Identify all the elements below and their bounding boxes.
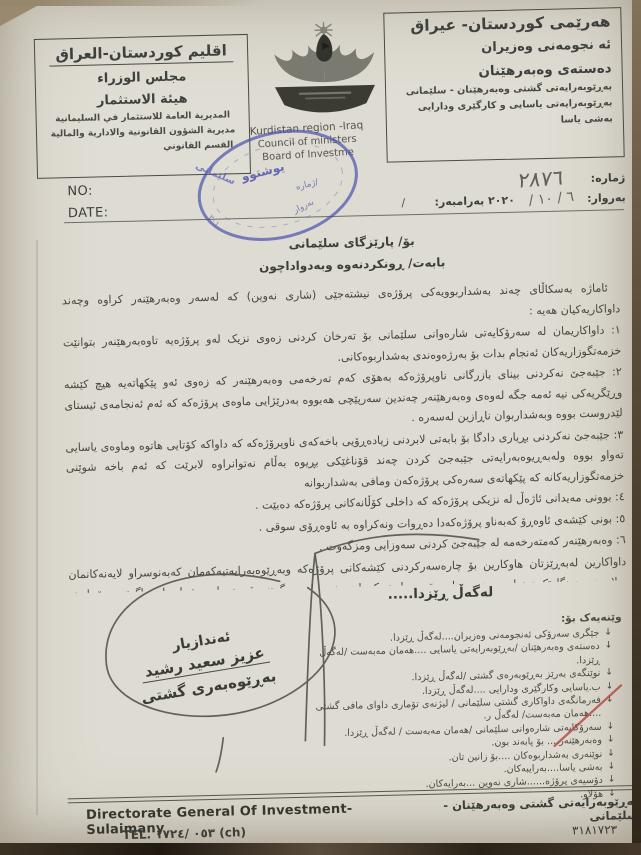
red-check-mark [547, 681, 627, 751]
header-line: هيئة الاستثمار [36, 90, 248, 110]
letter-content: اقليم كوردستان-العراق مجلس الوزراء هيئة … [0, 0, 641, 855]
arrow-bullet-icon: ↓ [608, 787, 616, 801]
handwritten-number: ٢٨٧٦ [517, 165, 565, 192]
tel-suffix: (ch) [219, 825, 246, 840]
header-line: مديرية الشؤون القانونية والادارية والمال… [37, 125, 249, 140]
krg-emblem-icon [263, 19, 385, 126]
arrow-bullet-icon: ↓ [607, 761, 615, 775]
arrow-bullet-icon: ↓ [605, 667, 613, 681]
date-label-ku: بەروار: [587, 191, 626, 205]
arrow-bullet-icon: ↓ [608, 774, 616, 788]
number-label-ku: ژماره: [591, 171, 626, 185]
header-line: بەشی یاسا [387, 113, 613, 129]
header-line: هەرێمی کوردستان- عیراق [384, 12, 610, 35]
date-label: DATE: [68, 205, 109, 221]
header-line: اقليم كوردستان-العراق [49, 41, 233, 66]
photo-of-letter: اقليم كوردستان-العراق مجلس الوزراء هيئة … [0, 0, 641, 855]
header-box-kurdish: هەرێمی کوردستان- عیراق ئە نجومەنی وەزیرا… [383, 7, 624, 163]
header-line: بەڕێوبەرایەتی گشتی وەبەرهێنان - سلێمانی [386, 81, 612, 97]
arrow-bullet-icon: ↓ [604, 627, 612, 641]
body-paragraph: ٢: جێبەجێ نەکردنی بینای بازرگانی ناوپرۆژ… [64, 362, 623, 437]
header-line: مجلس الوزراء [36, 68, 248, 88]
tel-value: ٠٥٣ /١٧٢٤ [155, 826, 215, 841]
no-label: NO: [67, 184, 93, 200]
body-paragraph: ٣: جێبەجێ نەکردنی بڕیاری دادگا بۆ بابەتی… [65, 425, 624, 500]
copy-item-text: هۆلاو. [580, 788, 603, 802]
arrow-bullet-icon: ↓ [605, 640, 613, 654]
signature-scribble [59, 531, 495, 781]
date-slash: / [401, 196, 405, 209]
header-line: بەڕێوبەرایەتی یاسایی و کارگێری ودارایی [386, 97, 612, 113]
header-line: ئە نجومەنی وەزیران [385, 37, 611, 57]
header-line: المديرية العامة للاستثمار في السليمانية [37, 110, 249, 125]
footer-telephone: TEL. ٠٥٣ /١٧٢٤ (ch) [122, 825, 246, 842]
photo-edge-bottom [0, 843, 641, 855]
tel-label: TEL. [122, 827, 151, 842]
footer-number: ٣١٨١٧٢٣ [548, 822, 640, 838]
photo-edge-right [632, 0, 641, 855]
handwritten-date: ٦ / ١٠ / [528, 189, 575, 209]
paper-crease [36, 240, 38, 815]
header-line: دەستەی وەبەرهێنان [385, 60, 611, 81]
printed-year: ٢٠٢٠ بەرامبەر: [434, 194, 515, 209]
